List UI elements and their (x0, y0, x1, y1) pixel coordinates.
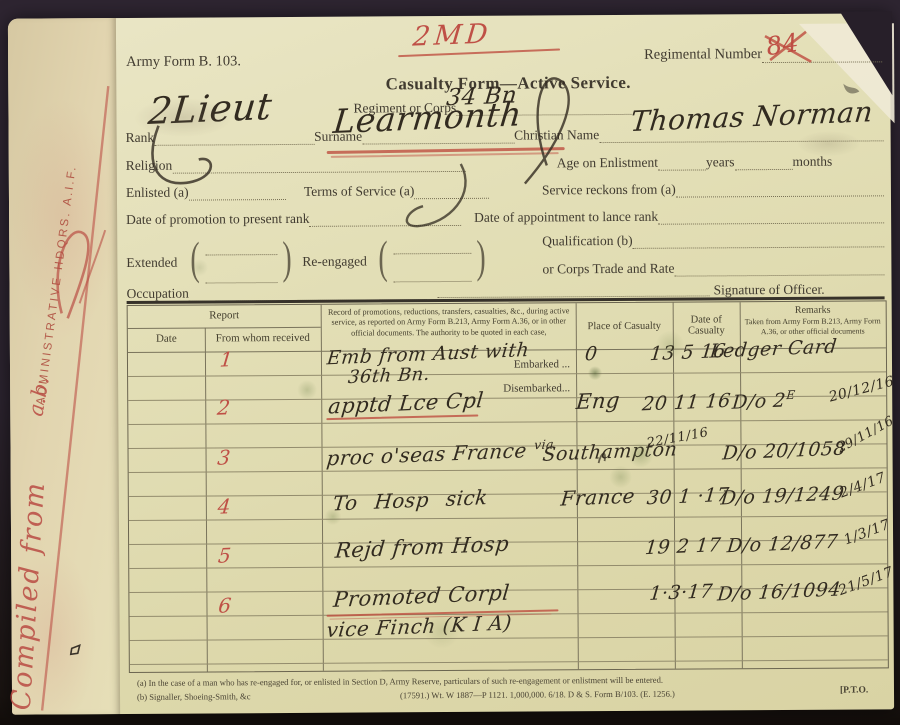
from-whom-header: From whom received (205, 332, 321, 345)
terms-rule (414, 185, 489, 199)
years-rule (734, 156, 792, 170)
row-date: 20 11 16 (641, 390, 732, 416)
row-number: 3 (216, 445, 232, 470)
re-engaged-rule-top (393, 240, 471, 258)
corps-trade-rule (674, 261, 884, 276)
date-of-line: Date of (691, 314, 722, 325)
row-number: 1 (219, 347, 235, 372)
terms-label: Terms of Service (a) (304, 183, 414, 200)
report-header: Report (128, 309, 321, 322)
imprint: (17591.) Wt. W 1887—P 1121. 1,000,000. 6… (400, 689, 675, 701)
casualty-form-page: ADMINISTRATIVE HDQRS. A.I.F. Compiled fr… (8, 13, 894, 714)
enlisted-line: Enlisted (a) (126, 184, 286, 201)
service-reckons-rule (676, 182, 884, 197)
col-border-date (205, 327, 208, 671)
promotion-rule (309, 212, 461, 227)
rule-7 (129, 515, 887, 521)
enlisted-label: Enlisted (a) (126, 185, 189, 201)
age-line: Age on Enlistment years months (557, 153, 884, 171)
form-number: Army Form B. 103. (126, 53, 241, 71)
promotion-label: Date of promotion to present rank (126, 211, 309, 228)
religion-line: Religion (126, 156, 466, 174)
rule-13 (130, 659, 888, 665)
rule-3 (128, 419, 886, 425)
record-header: Record of promotions, reductions, transf… (325, 306, 573, 338)
service-reckons-line: Service reckons from (a) (542, 180, 884, 198)
terms-line: Terms of Service (a) (304, 183, 489, 200)
christian-name-label: Christian Name (514, 127, 599, 144)
extended-bracket-open: ( (190, 232, 200, 285)
promotion-line: Date of promotion to present rank (126, 210, 461, 228)
row-number: 6 (217, 593, 233, 618)
lance-line: Date of appointment to lance rank (474, 207, 884, 226)
row-place: 0 (584, 343, 599, 366)
row-number: 2 (216, 395, 232, 420)
rule-1 (128, 371, 886, 377)
corps-trade-label: or Corps Trade and Rate (542, 261, 674, 278)
col-border-fromwhom (321, 305, 324, 671)
rule-9 (129, 563, 887, 569)
district-code-annotation: 2MD (411, 18, 493, 52)
rank-rule (154, 131, 314, 146)
row-record-2: 36th Bn. (347, 364, 431, 388)
footnote-a: (a) In the case of a man who has re-enga… (137, 675, 663, 688)
months-label: months (792, 154, 832, 170)
row-remarks: D/o 12/877 (726, 531, 839, 558)
corps-trade-line: or Corps Trade and Rate (542, 259, 884, 277)
row-date: 1·3·17 (648, 580, 714, 605)
qualification-line: Qualification (b) (542, 231, 884, 249)
row-number: 4 (217, 494, 233, 519)
date-of-casualty-header: Date of Casualty (673, 314, 740, 336)
religion-rule (172, 158, 466, 174)
embarked-dots: ... (562, 358, 570, 370)
enlisted-rule (189, 186, 286, 201)
row-remarks: D/o 2E (731, 388, 796, 414)
re-engaged-bracket-close: ) (476, 230, 486, 283)
photograph-background: ADMINISTRATIVE HDQRS. A.I.F. Compiled fr… (0, 0, 900, 725)
lance-rule (658, 209, 884, 224)
qualification-label: Qualification (b) (542, 233, 632, 250)
pto-note: [P.T.O. (840, 685, 868, 695)
row-place: Eng (575, 388, 621, 414)
extended-bracket-close: ) (282, 231, 292, 284)
regimental-number-scribble: 84 (764, 28, 801, 61)
regimental-number-label: Regimental Number (644, 46, 762, 64)
row-number: 5 (217, 543, 233, 568)
qualification-rule (633, 233, 885, 249)
extended-rule-top (205, 241, 277, 259)
occupation-label: Occupation (127, 286, 189, 302)
re-engaged-bracket-open: ( (378, 230, 388, 283)
extended-label: Extended (126, 255, 177, 271)
re-engaged-label: Re-engaged (302, 254, 367, 270)
remarks-header: Remarks (740, 304, 886, 316)
left-page-edge: ADMINISTRATIVE HDQRS. A.I.F. Compiled fr… (8, 18, 120, 715)
casualty-line: Casualty (688, 325, 725, 336)
service-reckons-label: Service reckons from (a) (542, 182, 676, 199)
remarks-subheader: Taken from Army Form B.213, Army Form A.… (744, 316, 882, 336)
footnote-b: (b) Signaller, Shoeing-Smith, &c (137, 691, 251, 702)
years-label: years (706, 154, 735, 170)
row-date: 19 2 17 (644, 534, 722, 559)
report-divider (128, 327, 321, 329)
age-rule (658, 156, 706, 170)
religion-label: Religion (126, 158, 173, 174)
age-label: Age on Enlistment (557, 155, 658, 172)
regimental-number-line: Regimental Number (644, 45, 882, 63)
place-header: Place of Casualty (576, 321, 673, 333)
rule-12 (130, 635, 888, 641)
surname-value: Learmonth (332, 94, 524, 141)
row-date: 30 1 ·17 (646, 484, 731, 509)
row-place: France (560, 484, 637, 511)
date-header: Date (128, 333, 205, 345)
rank-value: 2Lieut (146, 85, 274, 133)
rule-5 (129, 467, 887, 473)
lance-label: Date of appointment to lance rank (474, 209, 658, 226)
